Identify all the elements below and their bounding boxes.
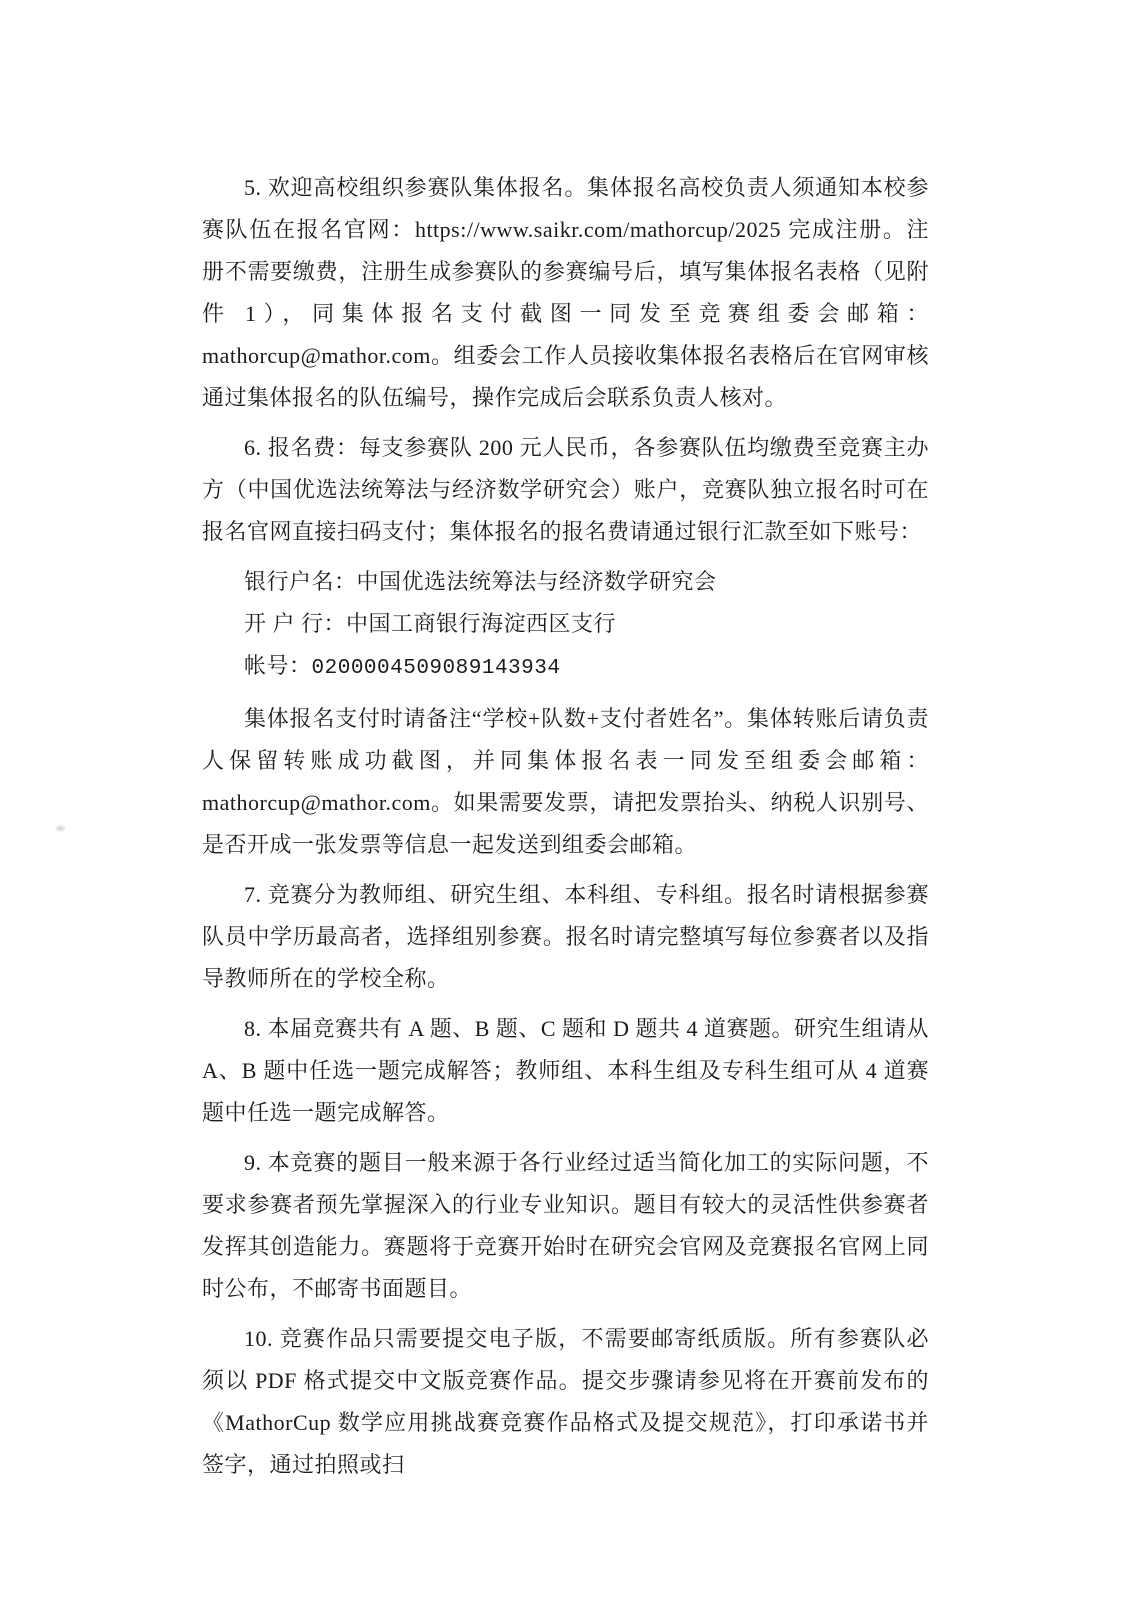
paragraph-payment-note: 集体报名支付时请备注“学校+队数+支付者姓名”。集体转账后请负责人保留转账成功截…	[202, 698, 929, 866]
paragraph-item-9: 9. 本竞赛的题目一般来源于各行业经过适当简化加工的实际问题，不要求参赛者预先掌…	[202, 1142, 929, 1310]
bank-details-block: 银行户名：中国优选法统筹法与经济数学研究会 开 户 行：中国工商银行海淀西区支行…	[202, 561, 929, 690]
paragraph-item-6: 6. 报名费：每支参赛队 200 元人民币，各参赛队伍均缴费至竞赛主办方（中国优…	[202, 427, 929, 553]
bank-number-label: 帐号：	[244, 653, 312, 678]
bank-account-name-line: 银行户名：中国优选法统筹法与经济数学研究会	[202, 561, 929, 603]
paragraph-item-8: 8. 本届竞赛共有 A 题、B 题、C 题和 D 题共 4 道赛题。研究生组请从…	[202, 1008, 929, 1134]
paragraph-item-10: 10. 竞赛作品只需要提交电子版，不需要邮寄纸质版。所有参赛队必须以 PDF 格…	[202, 1318, 929, 1486]
document-page: 5. 欢迎高校组织参赛队集体报名。集体报名高校负责人须通知本校参赛队伍在报名官网…	[0, 0, 1130, 1600]
scan-artifact-mark	[56, 826, 65, 831]
bank-account-name-value: 中国优选法统筹法与经济数学研究会	[357, 569, 717, 594]
bank-branch-label: 开 户 行：	[244, 611, 346, 636]
bank-branch-line: 开 户 行：中国工商银行海淀西区支行	[202, 603, 929, 645]
bank-number-line: 帐号：0200004509089143934	[202, 645, 929, 690]
page-text-block: 5. 欢迎高校组织参赛队集体报名。集体报名高校负责人须通知本校参赛队伍在报名官网…	[202, 167, 929, 1494]
paragraph-item-5: 5. 欢迎高校组织参赛队集体报名。集体报名高校负责人须通知本校参赛队伍在报名官网…	[202, 167, 929, 419]
bank-branch-value: 中国工商银行海淀西区支行	[346, 611, 616, 636]
bank-account-name-label: 银行户名：	[244, 569, 357, 594]
paragraph-item-7: 7. 竞赛分为教师组、研究生组、本科组、专科组。报名时请根据参赛队员中学历最高者…	[202, 874, 929, 1000]
bank-number-value: 0200004509089143934	[312, 657, 561, 680]
